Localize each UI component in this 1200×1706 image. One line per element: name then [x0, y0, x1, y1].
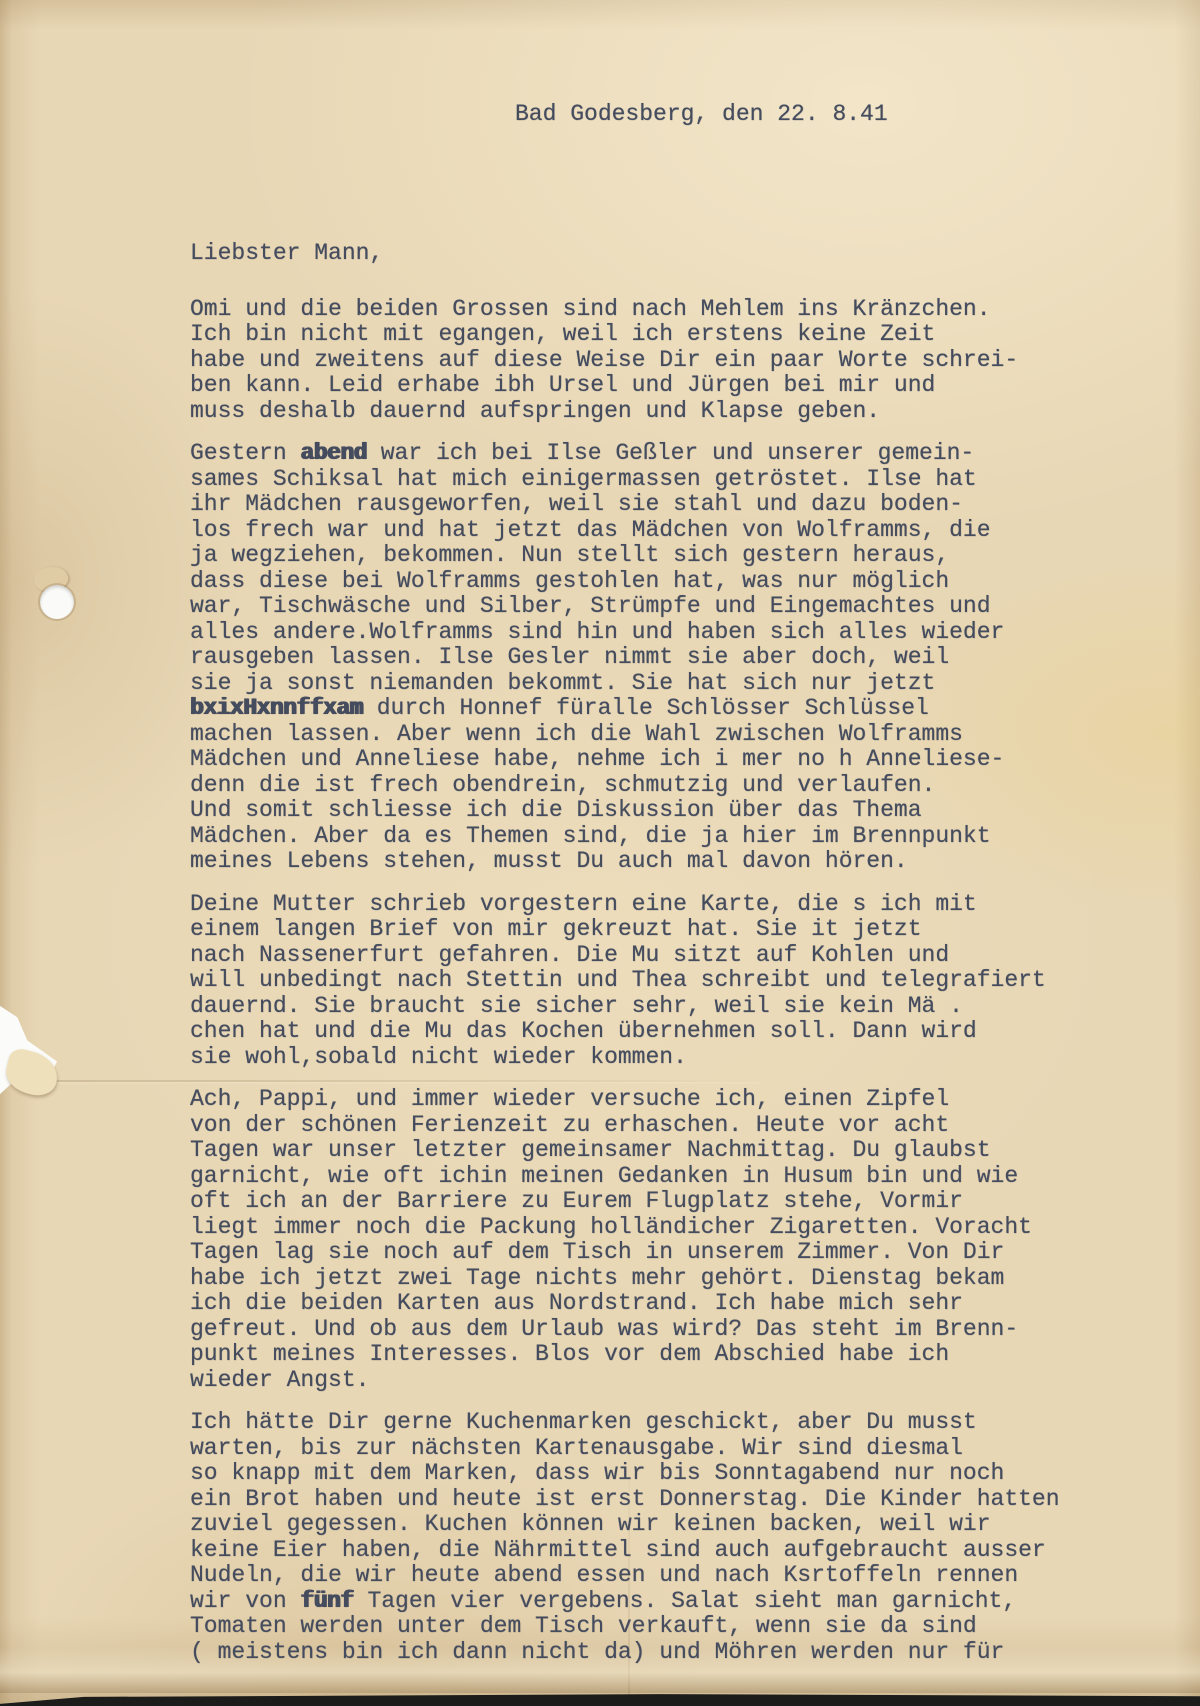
letter-line: Mädchen. Aber da es Themen sind, die ja …	[190, 824, 1120, 850]
letter-line: war, Tischwäsche und Silber, Strümpfe un…	[190, 594, 1120, 620]
letter-line: gefreut. Und ob aus dem Urlaub was wird?…	[190, 1317, 1120, 1343]
torn-edge-flap	[2, 1046, 63, 1099]
overstruck-text: bxixHxnnffxam	[190, 695, 363, 721]
paragraph: Ich hätte Dir gerne Kuchenmarken geschic…	[190, 1410, 1120, 1665]
letter-line: ihr Mädchen rausgeworfen, weil sie stahl…	[190, 492, 1120, 518]
overstruck-text: abend	[300, 440, 367, 466]
letter-line: Nudeln, die wir heute abend essen und na…	[190, 1563, 1120, 1589]
letter-line: wieder Angst.	[190, 1368, 1120, 1394]
letter-line: rausgeben lassen. Ilse Gesler nimmt sie …	[190, 645, 1120, 671]
letter-line: ein Brot haben und heute ist erst Donner…	[190, 1487, 1120, 1513]
letter-line: garnicht, wie oft ichin meinen Gedanken …	[190, 1164, 1120, 1190]
letter-line: zuviel gegessen. Kuchen können wir keine…	[190, 1512, 1120, 1538]
letter-line: dass diese bei Wolframms gestohlen hat, …	[190, 569, 1120, 595]
letter-line: von der schönen Ferienzeit zu erhaschen.…	[190, 1113, 1120, 1139]
letter-line: einem langen Brief von mir gekreuzt hat.…	[190, 917, 1120, 943]
letter-line: ja wegziehen, bekommen. Nun stellt sich …	[190, 543, 1120, 569]
letter-line: liegt immer noch die Packung holländiche…	[190, 1215, 1120, 1241]
letter-line: Omi und die beiden Grossen sind nach Meh…	[190, 297, 1120, 323]
letter-line: ( meistens bin ich dann nicht da) und Mö…	[190, 1640, 1120, 1666]
letter-line: sames Schiksal hat mich einigermassen ge…	[190, 467, 1120, 493]
letter-line: oft ich an der Barriere zu Eurem Flugpla…	[190, 1189, 1120, 1215]
letter-line: will unbedingt nach Stettin und Thea sch…	[190, 968, 1120, 994]
letter-line: muss deshalb dauernd aufspringen und Kla…	[190, 399, 1120, 425]
scanned-letter-page: Bad Godesberg, den 22. 8.41 Liebster Man…	[0, 0, 1200, 1706]
letter-line: keine Eier haben, die Nährmittel sind au…	[190, 1538, 1120, 1564]
letter-line: ben kann. Leid erhabe ibh Ursel und Jürg…	[190, 373, 1120, 399]
paragraph: Deine Mutter schrieb vorgestern eine Kar…	[190, 892, 1120, 1071]
letter-line: Ich bin nicht mit egangen, weil ich erst…	[190, 322, 1120, 348]
letter-line: punkt meines Interesses. Blos vor dem Ab…	[190, 1342, 1120, 1368]
letter-line: Deine Mutter schrieb vorgestern eine Kar…	[190, 892, 1120, 918]
letter-line: habe und zweitens auf diese Weise Dir ei…	[190, 348, 1120, 374]
letter-line: Mädchen und Anneliese habe, nehme ich i …	[190, 747, 1120, 773]
dateline: Bad Godesberg, den 22. 8.41	[515, 101, 888, 127]
letter-line: sie wohl,sobald nicht wieder kommen.	[190, 1045, 1120, 1071]
scan-edge-shadow	[0, 1692, 1200, 1706]
letter-line: warten, bis zur nächsten Kartenausgabe. …	[190, 1436, 1120, 1462]
letter-line: so knapp mit dem Marken, dass wir bis So…	[190, 1461, 1120, 1487]
letter-line: Tomaten werden unter dem Tisch verkauft,…	[190, 1614, 1120, 1640]
overstruck-text: fünf	[300, 1588, 353, 1614]
letter-line: Und somit schliesse ich die Diskussion ü…	[190, 798, 1120, 824]
letter-line: bxixHxnnffxam durch Honnef füralle Schlö…	[190, 696, 1120, 722]
letter-line: Ich hätte Dir gerne Kuchenmarken geschic…	[190, 1410, 1120, 1436]
salutation: Liebster Mann,	[190, 241, 1120, 267]
letter-line: ich die beiden Karten aus Nordstrand. Ic…	[190, 1291, 1120, 1317]
letter-line: machen lassen. Aber wenn ich die Wahl zw…	[190, 722, 1120, 748]
letter-line: habe ich jetzt zwei Tage nichts mehr geh…	[190, 1266, 1120, 1292]
letter-line: dauernd. Sie braucht sie sicher sehr, we…	[190, 994, 1120, 1020]
letter-line: meines Lebens stehen, musst Du auch mal …	[190, 849, 1120, 875]
letter-line: sie ja sonst niemanden bekommt. Sie hat …	[190, 671, 1120, 697]
letter-line: Ach, Pappi, und immer wieder versuche ic…	[190, 1087, 1120, 1113]
letter-line: denn die ist frech obendrein, schmutzig …	[190, 773, 1120, 799]
letter-line: chen hat und die Mu das Kochen übernehme…	[190, 1019, 1120, 1045]
letter-line: Tagen war unser letzter gemeinsamer Nach…	[190, 1138, 1120, 1164]
paragraph: Omi und die beiden Grossen sind nach Meh…	[190, 297, 1120, 425]
letter-line: Gestern abend war ich bei Ilse Geßler un…	[190, 441, 1120, 467]
letter-line: los frech war und hat jetzt das Mädchen …	[190, 518, 1120, 544]
letter-line: nach Nassenerfurt gefahren. Die Mu sitzt…	[190, 943, 1120, 969]
letter-line: Tagen lag sie noch auf dem Tisch in unse…	[190, 1240, 1120, 1266]
paragraph: Gestern abend war ich bei Ilse Geßler un…	[190, 441, 1120, 875]
letter-body: Liebster Mann, Omi und die beiden Grosse…	[190, 241, 1120, 1682]
paragraph: Ach, Pappi, und immer wieder versuche ic…	[190, 1087, 1120, 1393]
letter-line: wir von fünf Tagen vier vergebens. Salat…	[190, 1589, 1120, 1615]
punch-hole	[40, 585, 74, 619]
letter-line: alles andere.Wolframms sind hin und habe…	[190, 620, 1120, 646]
